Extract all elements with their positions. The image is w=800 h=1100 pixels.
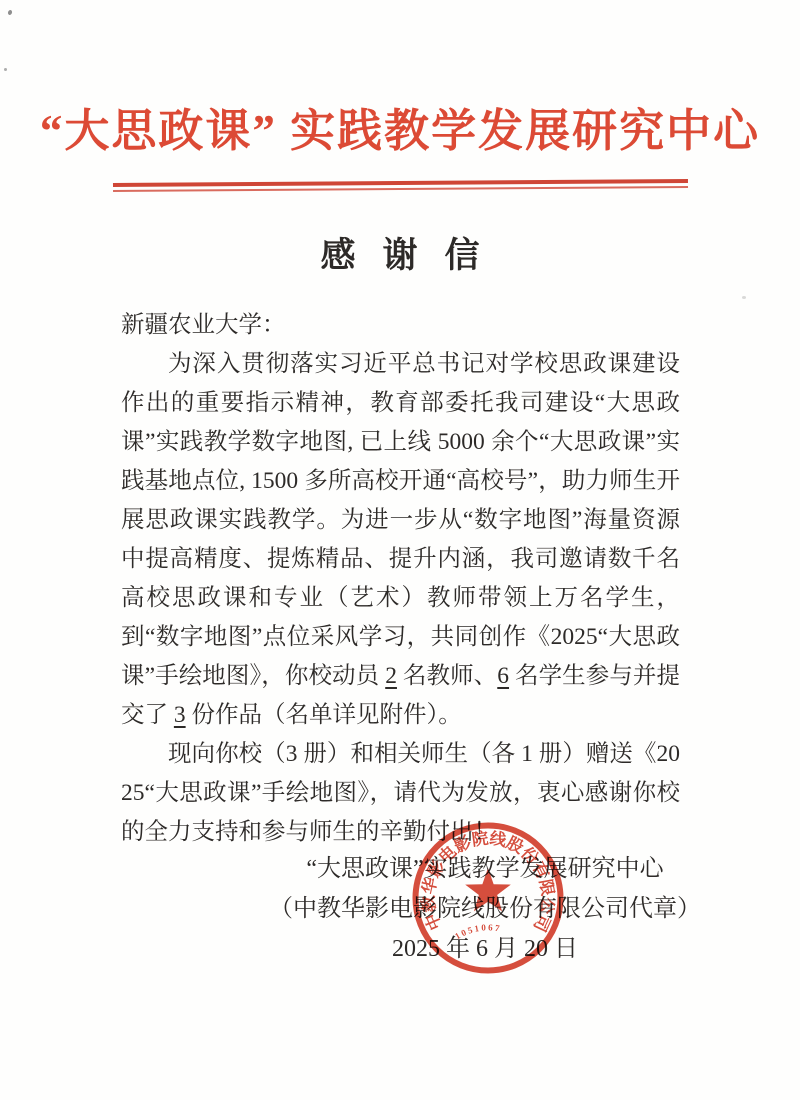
seal-number-text: 1051067 — [453, 922, 502, 941]
rule-thin-line — [113, 186, 688, 192]
letterhead-title: “大思政课” 实践教学发展研究中心 — [0, 94, 800, 159]
scan-speck — [742, 296, 746, 299]
paragraph-1: 为深入贯彻落实习近平总书记对学校思政课建设作出的重要指示精神，教育部委托我司建设… — [121, 345, 680, 735]
svg-text:1051067: 1051067 — [453, 922, 502, 941]
letter-title: 感谢信 — [0, 228, 800, 278]
letterhead-rule — [113, 179, 688, 192]
letter-page: “大思政课” 实践教学发展研究中心 感谢信 新疆农业大学： 为深入贯彻落实习近平… — [0, 0, 800, 1100]
scan-speck — [4, 68, 7, 71]
official-seal: 中教华影电影院线股份有限公司 1051067 — [403, 813, 573, 983]
seal-star-icon — [465, 868, 511, 911]
scan-speck — [7, 9, 12, 15]
letter-body: 新疆农业大学： 为深入贯彻落实习近平总书记对学校思政课建设作出的重要指示精神，教… — [121, 306, 680, 852]
salutation: 新疆农业大学： — [121, 306, 680, 345]
paragraph-2: 现向你校（3 册）和相关师生（各 1 册）赠送《2025“大思政课”手绘地图》，… — [121, 735, 680, 852]
